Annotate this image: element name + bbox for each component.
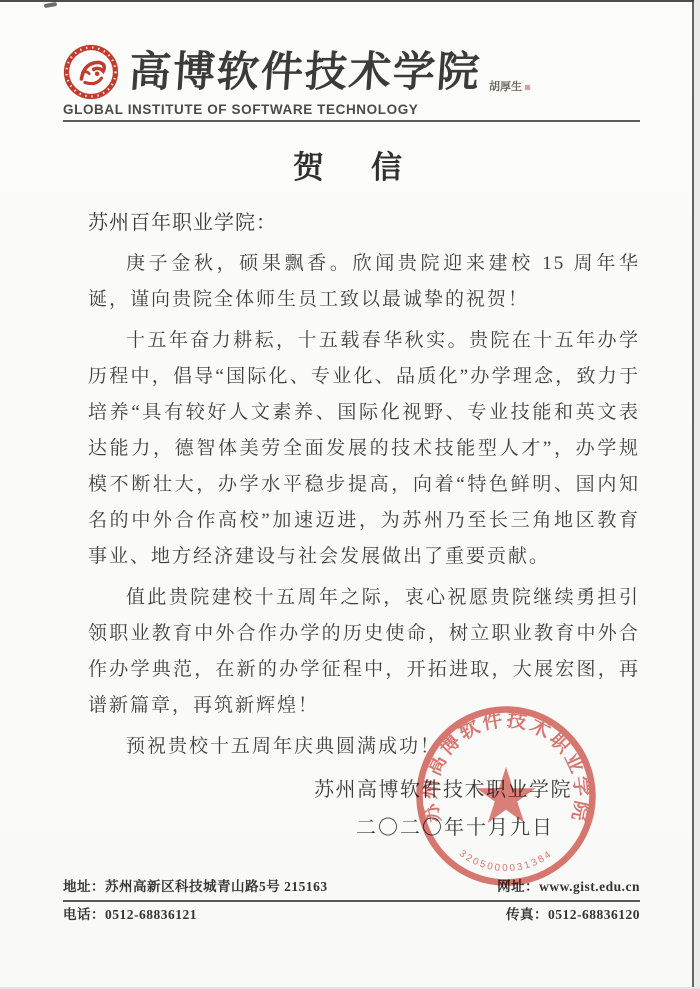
page-content: 高博软件技术学院 胡厚生 GLOBAL INSTITUTE OF SOFTWAR… (63, 44, 640, 847)
signature-seal-dot (525, 85, 530, 90)
letter-block: 苏州百年职业学院： 庚子金秋，硕果飘香。欣闻贵院迎来建校 15 周年华诞，谨向贵… (88, 208, 640, 847)
footer-address: 地址：苏州高新区科技城青山路5号 215163 (63, 874, 328, 900)
svg-text:3205000031384: 3205000031384 (457, 848, 555, 874)
signoff-date: 二〇二〇年十月九日 (88, 809, 640, 847)
footer-website: 网址：www.gist.edu.cn (497, 874, 640, 900)
seal-number: 3205000031384 (457, 848, 555, 874)
footer-row-1: 地址：苏州高新区科技城青山路5号 215163 网址：www.gist.edu.… (63, 874, 640, 900)
letter-paragraph: 庚子金秋，硕果飘香。欣闻贵院迎来建校 15 周年华诞，谨向贵院全体师生员工致以最… (88, 246, 640, 318)
brand-row: 高博软件技术学院 胡厚生 (63, 44, 640, 100)
letter-page: 高博软件技术学院 胡厚生 GLOBAL INSTITUTE OF SOFTWAR… (0, 0, 700, 989)
letter-title: 贺 信 (63, 148, 640, 188)
signoff-block: 苏州高博软件技术职业学院 二〇二〇年十月九日 (88, 771, 640, 847)
letter-paragraph: 预祝贵校十五周年庆典圆满成功！ (88, 729, 640, 765)
gist-logo-icon (63, 44, 119, 100)
brand-name-english: GLOBAL INSTITUTE OF SOFTWARE TECHNOLOGY (63, 102, 640, 117)
scan-edge-right-line (692, 0, 694, 989)
scan-edge-top (0, 0, 700, 2)
signoff-organization: 苏州高博软件技术职业学院 (88, 771, 640, 809)
footer-row-2: 电话：0512-68836121 传真：0512-68836120 (63, 902, 640, 928)
footer-rule (63, 900, 640, 902)
brand-name-chinese: 高博软件技术学院 (127, 44, 483, 100)
salutation: 苏州百年职业学院： (88, 208, 640, 238)
scan-artifact-mark (44, 2, 57, 8)
letter-paragraph: 十五年奋力耕耘，十五载春华秋实。贵院在十五年办学历程中，倡导“国际化、专业化、品… (88, 323, 640, 575)
scan-edge-right-strip (694, 0, 700, 989)
calligrapher-signature: 胡厚生 (489, 78, 530, 94)
letterhead-rule (63, 120, 640, 122)
footer-phone: 电话：0512-68836121 (63, 902, 197, 928)
letterhead: 高博软件技术学院 胡厚生 GLOBAL INSTITUTE OF SOFTWAR… (63, 44, 640, 122)
footer-fax: 传真：0512-68836120 (506, 902, 640, 928)
letter-body: 庚子金秋，硕果飘香。欣闻贵院迎来建校 15 周年华诞，谨向贵院全体师生员工致以最… (88, 246, 640, 765)
calligrapher-signature-text: 胡厚生 (489, 81, 522, 93)
letter-paragraph: 值此贵院建校十五周年之际，衷心祝愿贵院继续勇担引领职业教育中外合作办学的历史使命… (88, 580, 640, 724)
letter-footer: 地址：苏州高新区科技城青山路5号 215163 网址：www.gist.edu.… (63, 874, 640, 928)
